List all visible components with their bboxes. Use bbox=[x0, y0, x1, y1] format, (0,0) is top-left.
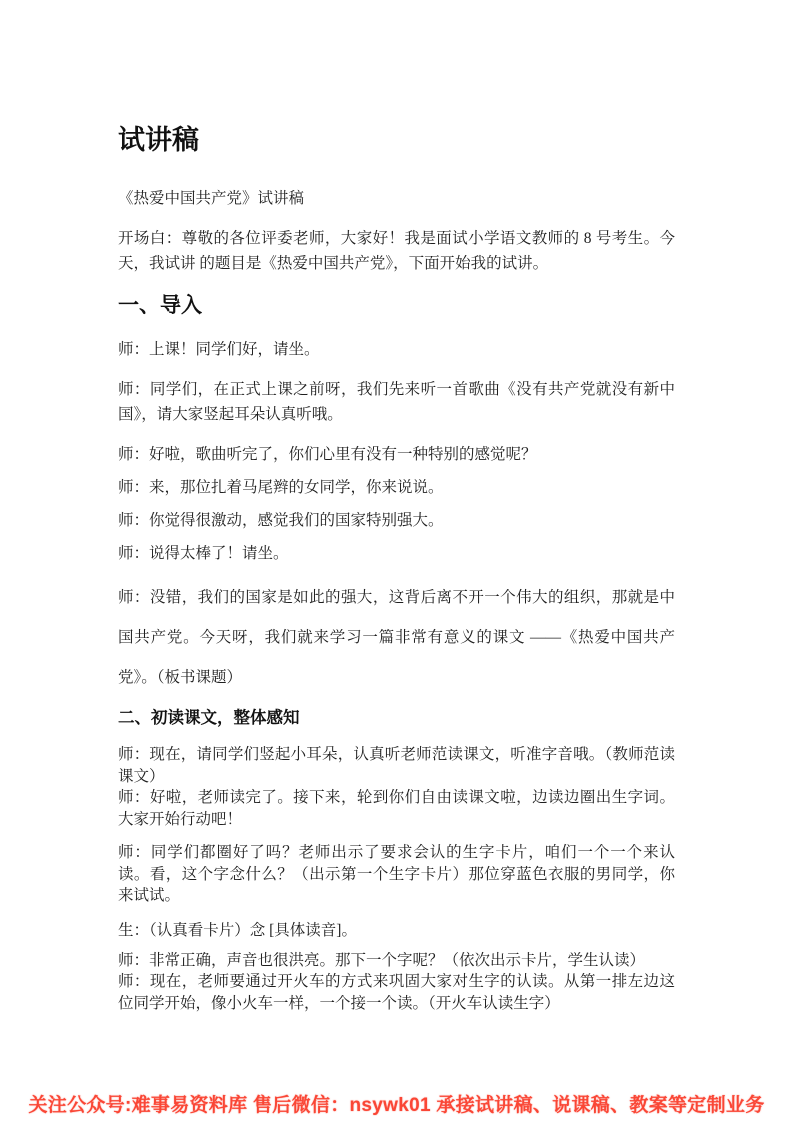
dialogue-paragraph: 师：现在，老师要通过开火车的方式来巩固大家对生字的认读。从第一排左边这位同学开始… bbox=[118, 971, 675, 1014]
dialogue-paragraph: 师：同学们都圈好了吗？老师出示了要求会认的生字卡片，咱们一个一个来认读。看，这个… bbox=[118, 842, 675, 907]
dialogue-paragraph: 师：同学们，在正式上课之前呀，我们先来听一首歌曲《没有共产党就没有新中国》，请大… bbox=[118, 377, 675, 427]
opening-paragraph: 开场白：尊敬的各位评委老师，大家好！我是面试小学语文教师的 8 号考生。今天，我… bbox=[118, 226, 675, 276]
dialogue-paragraph: 师：没错，我们的国家是如此的强大，这背后离不开一个伟大的组织，那就是中国共产党。… bbox=[118, 578, 675, 698]
dialogue-paragraph: 师：现在，请同学们竖起小耳朵，认真听老师范读课文，听准字音哦。（教师范读课文） bbox=[118, 744, 675, 787]
dialogue-paragraph: 师：好啦，歌曲听完了，你们心里有没有一种特别的感觉呢？ bbox=[118, 442, 675, 467]
dialogue-paragraph: 师：非常正确，声音也很洪亮。那下一个字呢？（依次出示卡片，学生认读） bbox=[118, 950, 675, 972]
dialogue-paragraph: 师：来，那位扎着马尾辫的女同学，你来说说。 bbox=[118, 475, 675, 500]
footer-text: 关注公众号:难事易资料库 售后微信：nsywk01 承接试讲稿、说课稿、教案等定… bbox=[28, 1090, 764, 1117]
dialogue-paragraph: 生：（认真看卡片）念 [具体读音]。 bbox=[118, 918, 675, 943]
dialogue-paragraph: 师：你觉得很激动，感觉我们的国家特别强大。 bbox=[118, 508, 675, 533]
doc-subtitle: 《热爱中国共产党》试讲稿 bbox=[118, 186, 675, 211]
section-heading-daoru: 一、导入 bbox=[118, 291, 675, 321]
footer-banner: 关注公众号:难事易资料库 售后微信：nsywk01 承接试讲稿、说课稿、教案等定… bbox=[0, 1088, 793, 1118]
dialogue-paragraph: 师：上课！同学们好，请坐。 bbox=[118, 337, 675, 362]
document-page: 试讲稿 《热爱中国共产党》试讲稿 开场白：尊敬的各位评委老师，大家好！我是面试小… bbox=[0, 0, 793, 1122]
section-heading-chudu: 二、初读课文，整体感知 bbox=[118, 706, 675, 730]
dialogue-paragraph: 师：好啦，老师读完了。接下来，轮到你们自由读课文啦，边读边圈出生字词。大家开始行… bbox=[118, 787, 675, 830]
dialogue-paragraph: 师：说得太棒了！请坐。 bbox=[118, 541, 675, 566]
doc-title: 试讲稿 bbox=[118, 122, 675, 158]
